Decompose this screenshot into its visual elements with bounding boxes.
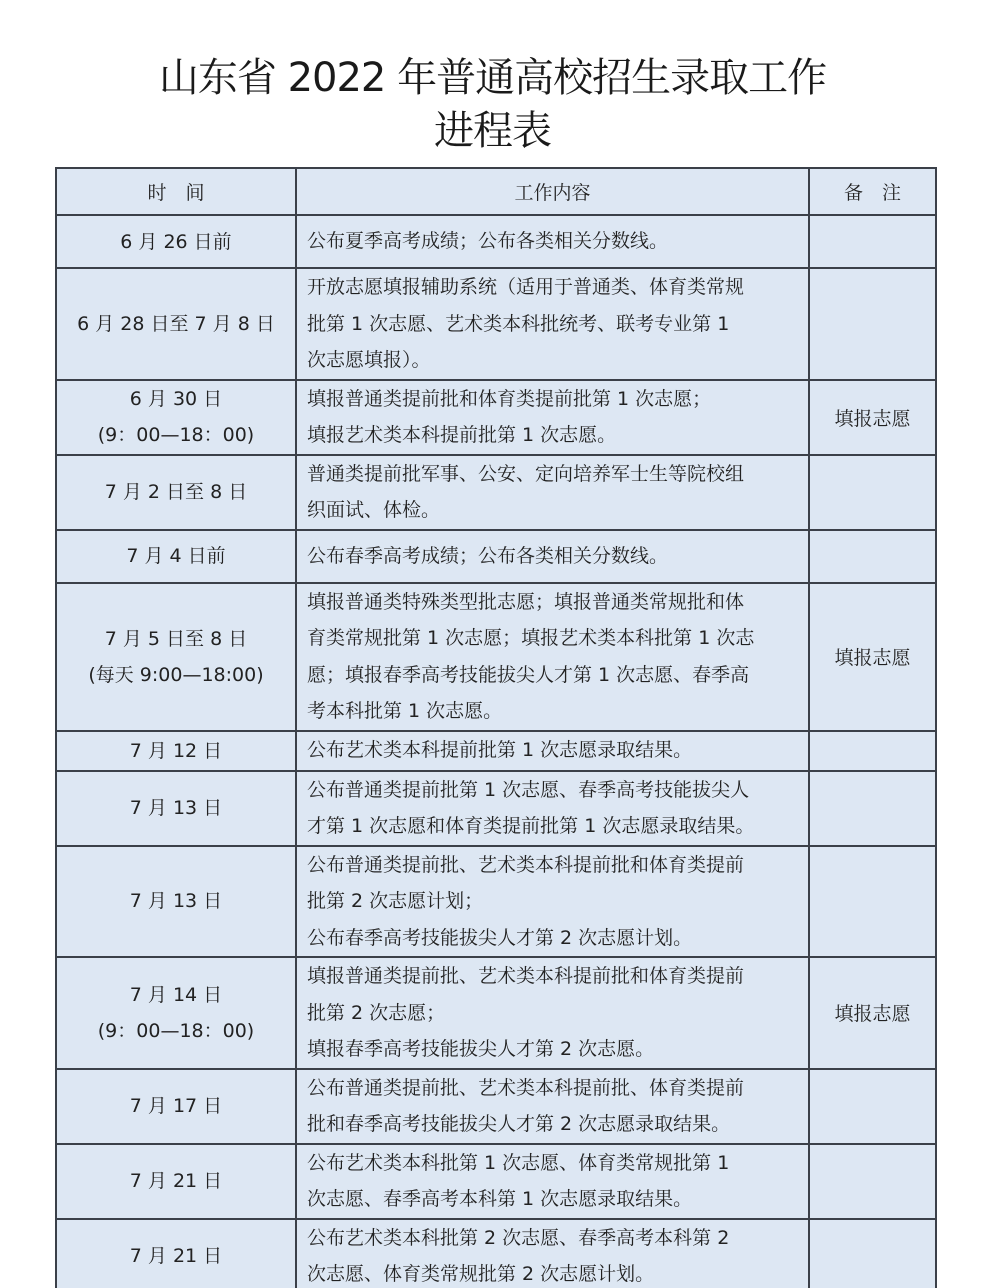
content-text: 批第 2 次志愿计划； xyxy=(307,883,800,920)
table-row: 7 月 21 日公布艺术类本科批第 1 次志愿、体育类常规批第 1次志愿、春季高… xyxy=(56,1144,936,1219)
content-text: 开放志愿填报辅助系统（适用于普通类、体育类常规 xyxy=(307,269,800,306)
time-text: 7 月 13 日 xyxy=(61,883,291,919)
time-text: 6 月 28 日至 7 月 8 日 xyxy=(61,306,291,342)
content-text: 织面试、体检。 xyxy=(307,492,800,529)
content-text: 普通类提前批军事、公安、定向培养军士生等院校组 xyxy=(307,456,800,493)
content-text: 填报艺术类本科提前批第 1 次志愿。 xyxy=(307,417,800,454)
table-row: 7 月 4 日前公布春季高考成绩；公布各类相关分数线。 xyxy=(56,530,936,583)
content-text: 次志愿、春季高考本科第 1 次志愿录取结果。 xyxy=(307,1181,800,1218)
content-text: 才第 1 次志愿和体育类提前批第 1 次志愿录取结果。 xyxy=(307,808,800,845)
cell-note xyxy=(809,1069,936,1144)
content-text: 公布艺术类本科批第 1 次志愿、体育类常规批第 1 xyxy=(307,1145,800,1182)
content-text: 公布夏季高考成绩；公布各类相关分数线。 xyxy=(307,223,800,260)
cell-note xyxy=(809,455,936,530)
cell-note xyxy=(809,731,936,771)
cell-content: 公布普通类提前批、艺术类本科提前批和体育类提前批第 2 次志愿计划；公布春季高考… xyxy=(296,846,809,958)
cell-note: 填报志愿 xyxy=(809,380,936,455)
cell-content: 公布艺术类本科批第 2 次志愿、春季高考本科第 2次志愿、体育类常规批第 2 次… xyxy=(296,1219,809,1288)
time-text: 7 月 12 日 xyxy=(61,733,291,769)
content-text: 公布春季高考成绩；公布各类相关分数线。 xyxy=(307,538,800,575)
cell-note xyxy=(809,771,936,846)
table-row: 7 月 5 日至 8 日(每天 9:00—18:00)填报普通类特殊类型批志愿；… xyxy=(56,583,936,731)
time-text: 7 月 13 日 xyxy=(61,790,291,826)
time-text: 7 月 21 日 xyxy=(61,1238,291,1274)
cell-note: 填报志愿 xyxy=(809,957,936,1069)
cell-time: 6 月 26 日前 xyxy=(56,215,296,268)
document-title-line-1: 山东省 2022 年普通高校招生录取工作 xyxy=(0,50,985,106)
content-text: 批第 1 次志愿、艺术类本科批统考、联考专业第 1 xyxy=(307,306,800,343)
cell-note: 填报志愿 xyxy=(809,583,936,731)
cell-time: 7 月 2 日至 8 日 xyxy=(56,455,296,530)
content-text: 愿；填报春季高考技能拔尖人才第 1 次志愿、春季高 xyxy=(307,657,800,694)
cell-time: 7 月 17 日 xyxy=(56,1069,296,1144)
time-text: 7 月 2 日至 8 日 xyxy=(61,474,291,510)
schedule-table: 时 间 工作内容 备 注 6 月 26 日前公布夏季高考成绩；公布各类相关分数线… xyxy=(55,167,937,1288)
cell-note xyxy=(809,530,936,583)
cell-content: 填报普通类特殊类型批志愿；填报普通类常规批和体育类常规批第 1 次志愿；填报艺术… xyxy=(296,583,809,731)
cell-note xyxy=(809,1144,936,1219)
cell-note xyxy=(809,846,936,958)
content-text: 公布春季高考技能拔尖人才第 2 次志愿计划。 xyxy=(307,920,800,957)
table-row: 7 月 12 日公布艺术类本科提前批第 1 次志愿录取结果。 xyxy=(56,731,936,771)
cell-note xyxy=(809,268,936,380)
content-text: 公布艺术类本科批第 2 次志愿、春季高考本科第 2 xyxy=(307,1220,800,1257)
cell-time: 7 月 12 日 xyxy=(56,731,296,771)
cell-time: 7 月 21 日 xyxy=(56,1219,296,1288)
cell-content: 公布普通类提前批、艺术类本科提前批、体育类提前批和春季高考技能拔尖人才第 2 次… xyxy=(296,1069,809,1144)
cell-content: 填报普通类提前批、艺术类本科提前批和体育类提前批第 2 次志愿；填报春季高考技能… xyxy=(296,957,809,1069)
cell-time: 7 月 13 日 xyxy=(56,771,296,846)
content-text: 育类常规批第 1 次志愿；填报艺术类本科批第 1 次志 xyxy=(307,620,800,657)
table-body: 6 月 26 日前公布夏季高考成绩；公布各类相关分数线。6 月 28 日至 7 … xyxy=(56,215,936,1288)
table-row: 6 月 30 日(9：00—18：00)填报普通类提前批和体育类提前批第 1 次… xyxy=(56,380,936,455)
table-row: 7 月 13 日公布普通类提前批、艺术类本科提前批和体育类提前批第 2 次志愿计… xyxy=(56,846,936,958)
table-row: 7 月 2 日至 8 日普通类提前批军事、公安、定向培养军士生等院校组织面试、体… xyxy=(56,455,936,530)
time-text: (每天 9:00—18:00) xyxy=(61,657,291,693)
cell-time: 6 月 30 日(9：00—18：00) xyxy=(56,380,296,455)
table-row: 6 月 26 日前公布夏季高考成绩；公布各类相关分数线。 xyxy=(56,215,936,268)
content-text: 次志愿填报）。 xyxy=(307,342,800,379)
cell-time: 7 月 21 日 xyxy=(56,1144,296,1219)
time-text: 7 月 14 日 xyxy=(61,977,291,1013)
cell-note xyxy=(809,1219,936,1288)
header-content: 工作内容 xyxy=(296,168,809,215)
content-text: 公布普通类提前批、艺术类本科提前批、体育类提前 xyxy=(307,1070,800,1107)
time-text: 7 月 17 日 xyxy=(61,1088,291,1124)
time-text: 7 月 5 日至 8 日 xyxy=(61,621,291,657)
cell-content: 公布艺术类本科提前批第 1 次志愿录取结果。 xyxy=(296,731,809,771)
cell-time: 7 月 4 日前 xyxy=(56,530,296,583)
cell-content: 公布普通类提前批第 1 次志愿、春季高考技能拔尖人才第 1 次志愿和体育类提前批… xyxy=(296,771,809,846)
table-row: 6 月 28 日至 7 月 8 日开放志愿填报辅助系统（适用于普通类、体育类常规… xyxy=(56,268,936,380)
cell-note xyxy=(809,215,936,268)
content-text: 填报春季高考技能拔尖人才第 2 次志愿。 xyxy=(307,1031,800,1068)
cell-content: 开放志愿填报辅助系统（适用于普通类、体育类常规批第 1 次志愿、艺术类本科批统考… xyxy=(296,268,809,380)
time-text: (9：00—18：00) xyxy=(61,417,291,453)
document-title-line-2: 进程表 xyxy=(0,103,985,159)
content-text: 填报普通类特殊类型批志愿；填报普通类常规批和体 xyxy=(307,584,800,621)
content-text: 批和春季高考技能拔尖人才第 2 次志愿录取结果。 xyxy=(307,1106,800,1143)
cell-time: 6 月 28 日至 7 月 8 日 xyxy=(56,268,296,380)
cell-time: 7 月 13 日 xyxy=(56,846,296,958)
time-text: 7 月 21 日 xyxy=(61,1163,291,1199)
time-text: 6 月 26 日前 xyxy=(61,224,291,260)
cell-content: 公布夏季高考成绩；公布各类相关分数线。 xyxy=(296,215,809,268)
cell-content: 公布春季高考成绩；公布各类相关分数线。 xyxy=(296,530,809,583)
cell-content: 普通类提前批军事、公安、定向培养军士生等院校组织面试、体检。 xyxy=(296,455,809,530)
table-row: 7 月 13 日公布普通类提前批第 1 次志愿、春季高考技能拔尖人才第 1 次志… xyxy=(56,771,936,846)
cell-content: 填报普通类提前批和体育类提前批第 1 次志愿；填报艺术类本科提前批第 1 次志愿… xyxy=(296,380,809,455)
table-row: 7 月 21 日公布艺术类本科批第 2 次志愿、春季高考本科第 2次志愿、体育类… xyxy=(56,1219,936,1288)
content-text: 公布普通类提前批、艺术类本科提前批和体育类提前 xyxy=(307,847,800,884)
time-text: 6 月 30 日 xyxy=(61,381,291,417)
header-note: 备 注 xyxy=(809,168,936,215)
cell-time: 7 月 14 日(9：00—18：00) xyxy=(56,957,296,1069)
cell-content: 公布艺术类本科批第 1 次志愿、体育类常规批第 1次志愿、春季高考本科第 1 次… xyxy=(296,1144,809,1219)
time-text: 7 月 4 日前 xyxy=(61,538,291,574)
table-row: 7 月 17 日公布普通类提前批、艺术类本科提前批、体育类提前批和春季高考技能拔… xyxy=(56,1069,936,1144)
content-text: 考本科批第 1 次志愿。 xyxy=(307,693,800,730)
table-header-row: 时 间 工作内容 备 注 xyxy=(56,168,936,215)
content-text: 公布普通类提前批第 1 次志愿、春季高考技能拔尖人 xyxy=(307,772,800,809)
content-text: 公布艺术类本科提前批第 1 次志愿录取结果。 xyxy=(307,732,800,769)
header-time: 时 间 xyxy=(56,168,296,215)
cell-time: 7 月 5 日至 8 日(每天 9:00—18:00) xyxy=(56,583,296,731)
content-text: 批第 2 次志愿； xyxy=(307,995,800,1032)
content-text: 填报普通类提前批和体育类提前批第 1 次志愿； xyxy=(307,381,800,418)
table-row: 7 月 14 日(9：00—18：00)填报普通类提前批、艺术类本科提前批和体育… xyxy=(56,957,936,1069)
content-text: 次志愿、体育类常规批第 2 次志愿计划。 xyxy=(307,1256,800,1288)
content-text: 填报普通类提前批、艺术类本科提前批和体育类提前 xyxy=(307,958,800,995)
time-text: (9：00—18：00) xyxy=(61,1013,291,1049)
